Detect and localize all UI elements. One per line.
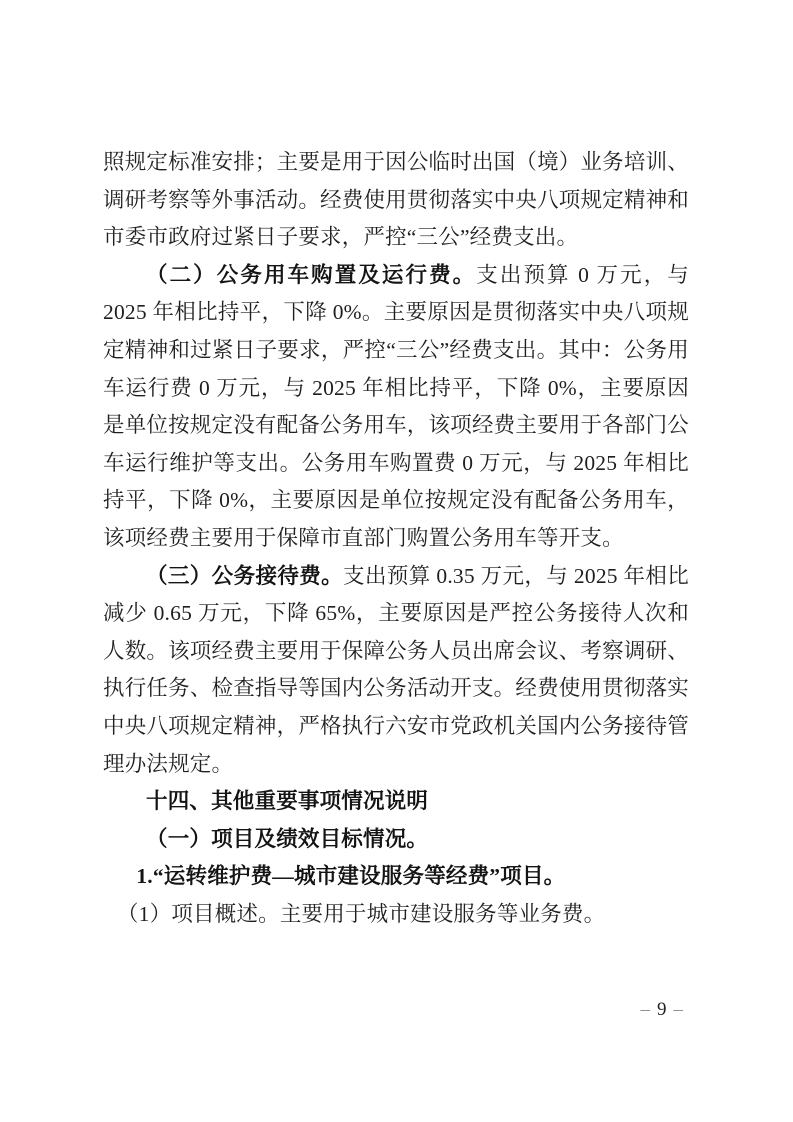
paragraph-continuation-text: 照规定标准安排；主要是用于因公临时出国（境）业务培训、调研考察等外事活动。经费使… xyxy=(103,150,689,249)
paragraph-vehicle-text: 支出预算 0 万元，与 2025 年相比持平，下降 0%。主要原因是贯彻落实中央… xyxy=(103,263,689,550)
heading-project-item-1: 1.“运转维护费—城市建设服务等经费”项目。 xyxy=(103,858,689,896)
paragraph-vehicle-fees: （二）公务用车购置及运行费。支出预算 0 万元，与 2025 年相比持平，下降 … xyxy=(103,257,689,558)
document-body: 照规定标准安排；主要是用于因公临时出国（境）业务培训、调研考察等外事活动。经费使… xyxy=(103,144,689,933)
paragraph-reception-lead: （三）公务接待费。 xyxy=(146,564,343,588)
paragraph-reception-text: 支出预算 0.35 万元，与 2025 年相比减少 0.65 万元，下降 65%… xyxy=(103,564,689,776)
paragraph-project-overview: （1）项目概述。主要用于城市建设服务等业务费。 xyxy=(103,896,689,934)
page-number-dash-right: – xyxy=(667,999,691,1020)
page-number-dash-left: – xyxy=(634,999,658,1020)
page-number: –9– xyxy=(634,999,691,1021)
document-page: 照规定标准安排；主要是用于因公临时出国（境）业务培训、调研考察等外事活动。经费使… xyxy=(0,0,793,1122)
heading-section-14: 十四、其他重要事项情况说明 xyxy=(103,783,689,821)
heading-sub-1: （一）项目及绩效目标情况。 xyxy=(103,821,689,859)
paragraph-reception-fees: （三）公务接待费。支出预算 0.35 万元，与 2025 年相比减少 0.65 … xyxy=(103,558,689,784)
paragraph-continuation: 照规定标准安排；主要是用于因公临时出国（境）业务培训、调研考察等外事活动。经费使… xyxy=(103,144,689,257)
paragraph-vehicle-lead: （二）公务用车购置及运行费。 xyxy=(146,263,476,287)
page-number-value: 9 xyxy=(657,999,667,1020)
